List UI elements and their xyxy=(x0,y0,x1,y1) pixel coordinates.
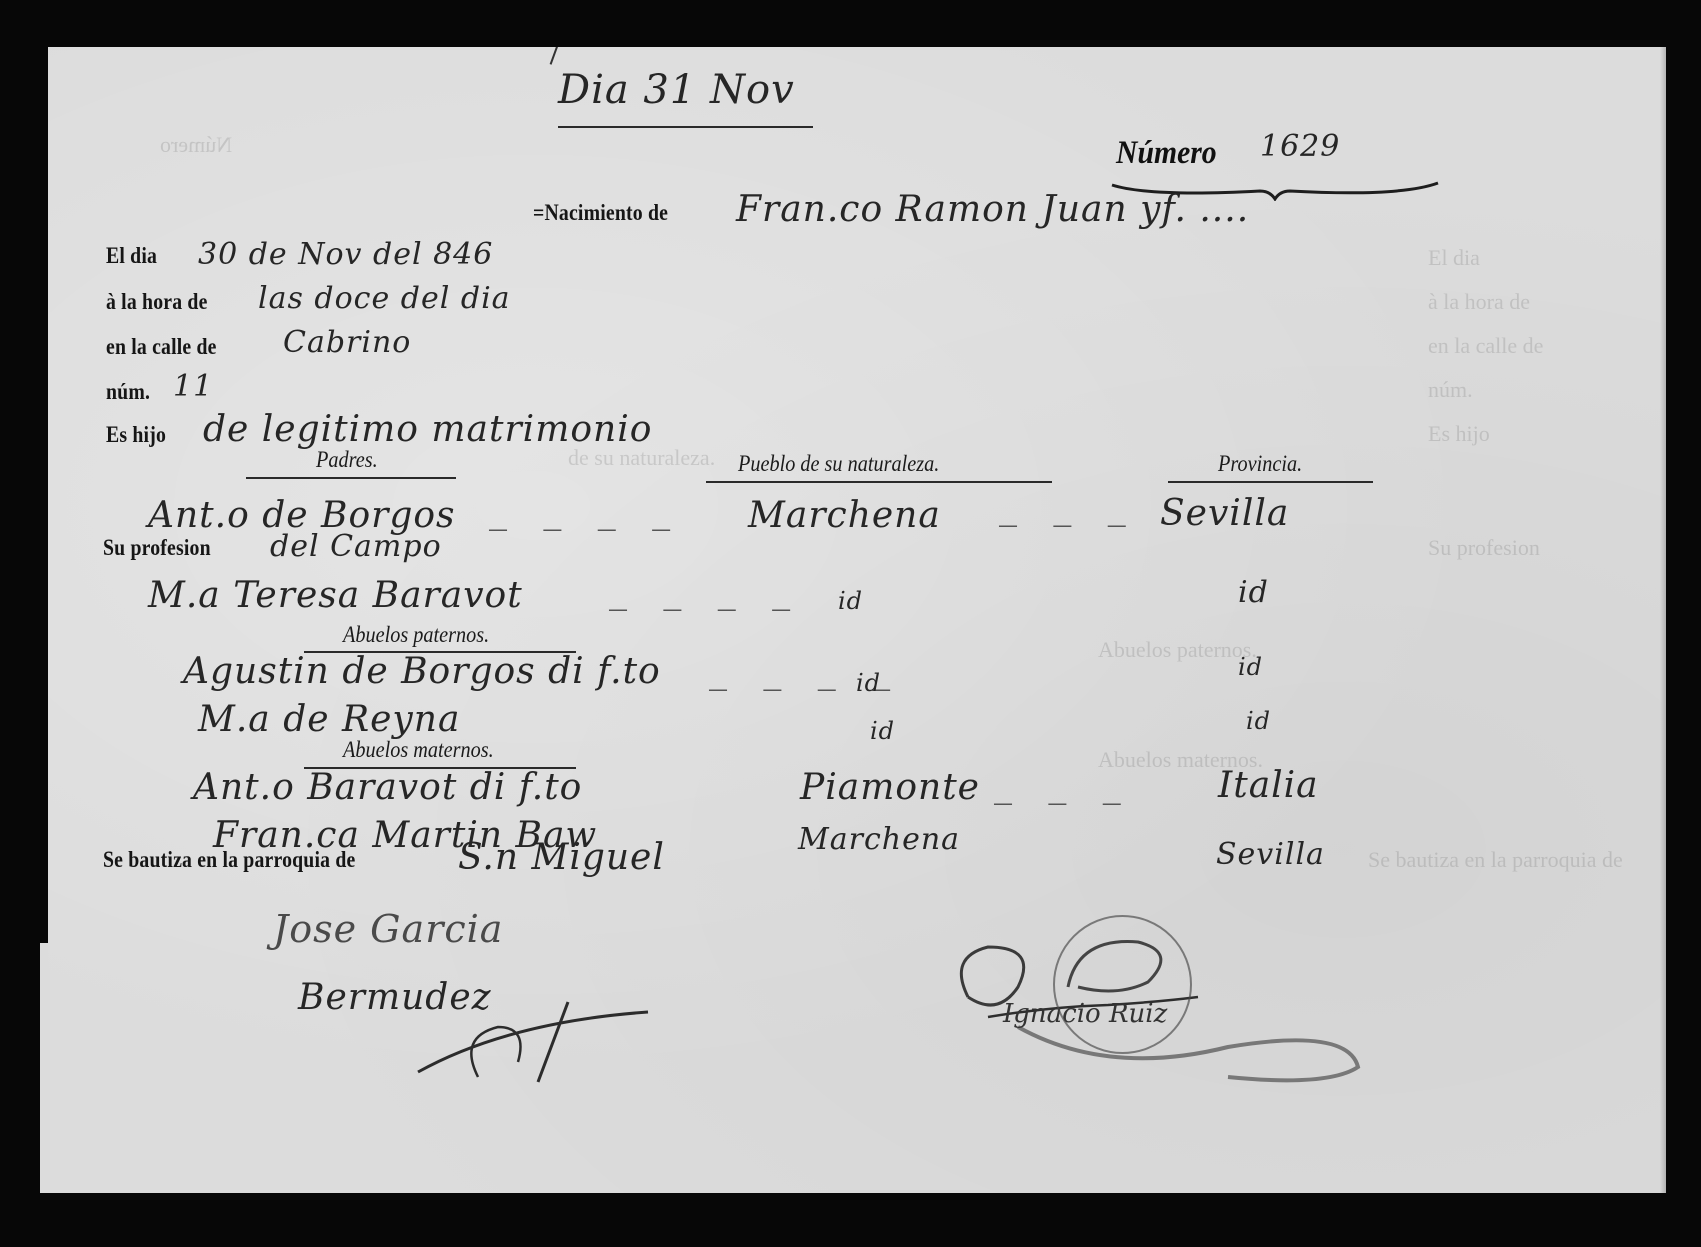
scan-frame: Número El dia à la hora de en la calle d… xyxy=(0,0,1701,1247)
abuela-paterna-provincia: id xyxy=(1246,707,1271,735)
bautizo-label: Se bautiza en la parroquia de xyxy=(103,847,355,873)
bleed-through-text: à la hora de xyxy=(1428,289,1530,315)
abuela-paterna-name: M.a de Reyna xyxy=(198,699,460,740)
dash-leader: — — — xyxy=(993,791,1136,815)
page-edge-shadow xyxy=(1660,47,1666,1193)
madre-provincia: id xyxy=(1238,575,1269,610)
field-value-hora: las doce del dia xyxy=(258,281,511,316)
header-date: Dia 31 Nov xyxy=(558,67,795,113)
abuela-materna-provincia: Sevilla xyxy=(1216,837,1325,872)
column-header-pueblo: Pueblo de su naturaleza. xyxy=(738,451,939,477)
field-label-hijo: Es hijo xyxy=(106,422,166,448)
bleed-through-text: Se bautiza en la parroquia de xyxy=(1368,847,1623,873)
padre-provincia: Sevilla xyxy=(1160,493,1289,534)
bleed-through-text: núm. xyxy=(1428,377,1473,403)
signature-flourish xyxy=(358,982,678,1092)
field-label-dia: El dia xyxy=(106,243,157,269)
column-underline-pueblo xyxy=(706,481,1052,483)
document-sheet: Número El dia à la hora de en la calle d… xyxy=(48,47,1666,1193)
nacimiento-label: =Nacimiento de xyxy=(533,200,668,226)
abuelos-paternos-label: Abuelos paternos. xyxy=(343,622,489,648)
abuelo-paterno-pueblo: id xyxy=(856,669,881,697)
abuelo-materno-provincia: Italia xyxy=(1218,765,1319,806)
bleed-through-text: en la calle de xyxy=(1428,333,1543,359)
profesion-label: Su profesion xyxy=(103,535,211,561)
field-label-hora: à la hora de xyxy=(106,289,208,315)
abuela-paterna-pueblo: id xyxy=(870,717,895,745)
column-underline-provincia xyxy=(1168,481,1373,483)
column-header-provincia: Provincia. xyxy=(1218,451,1302,477)
abuela-materna-pueblo: Marchena xyxy=(798,822,960,857)
abuelo-materno-pueblo: Piamonte xyxy=(800,767,980,808)
bleed-through-text: Abuelos paternos. xyxy=(1098,637,1257,663)
field-value-dia: 30 de Nov del 846 xyxy=(198,237,493,272)
profesion-value: del Campo xyxy=(270,529,442,564)
nacimiento-value: Fran.co Ramon Juan yf. .... xyxy=(736,189,1249,230)
bleed-through-text: Número xyxy=(160,132,232,158)
header-date-underline xyxy=(558,126,813,128)
field-value-num: 11 xyxy=(173,369,213,404)
abuelo-paterno-name: Agustin de Borgos di f.to xyxy=(183,651,661,692)
field-label-num: núm. xyxy=(106,379,150,405)
field-label-calle: en la calle de xyxy=(106,334,217,360)
field-value-calle: Cabrino xyxy=(283,325,411,360)
column-header-padres: Padres. xyxy=(316,447,378,473)
numero-value: 1629 xyxy=(1260,129,1340,164)
abuelo-materno-name: Ant.o Baravot di f.to xyxy=(193,767,582,808)
dash-leader: — — — xyxy=(998,513,1141,537)
abuelos-maternos-label: Abuelos maternos. xyxy=(343,737,494,763)
madre-pueblo: id xyxy=(838,587,863,615)
bleed-through-text: Su profesion xyxy=(1428,535,1540,561)
padre-pueblo: Marchena xyxy=(748,495,941,536)
stamp-seal-icon xyxy=(1053,915,1192,1054)
signature-jose-garcia: Jose Garcia xyxy=(273,907,503,951)
madre-name: M.a Teresa Baravot xyxy=(148,575,523,616)
column-underline-padres xyxy=(246,477,456,479)
field-value-hijo: de legitimo matrimonio xyxy=(203,409,652,450)
numero-label: Número xyxy=(1116,135,1217,172)
abuelo-paterno-provincia: id xyxy=(1238,653,1263,681)
bleed-through-text: Es hijo xyxy=(1428,421,1490,447)
dash-leader: — — — — xyxy=(488,517,685,541)
dash-leader: — — — — xyxy=(608,597,805,621)
bleed-through-text: El dia xyxy=(1428,245,1480,271)
bautizo-value: S.n Miguel xyxy=(458,837,665,878)
pen-stroke xyxy=(550,47,559,65)
